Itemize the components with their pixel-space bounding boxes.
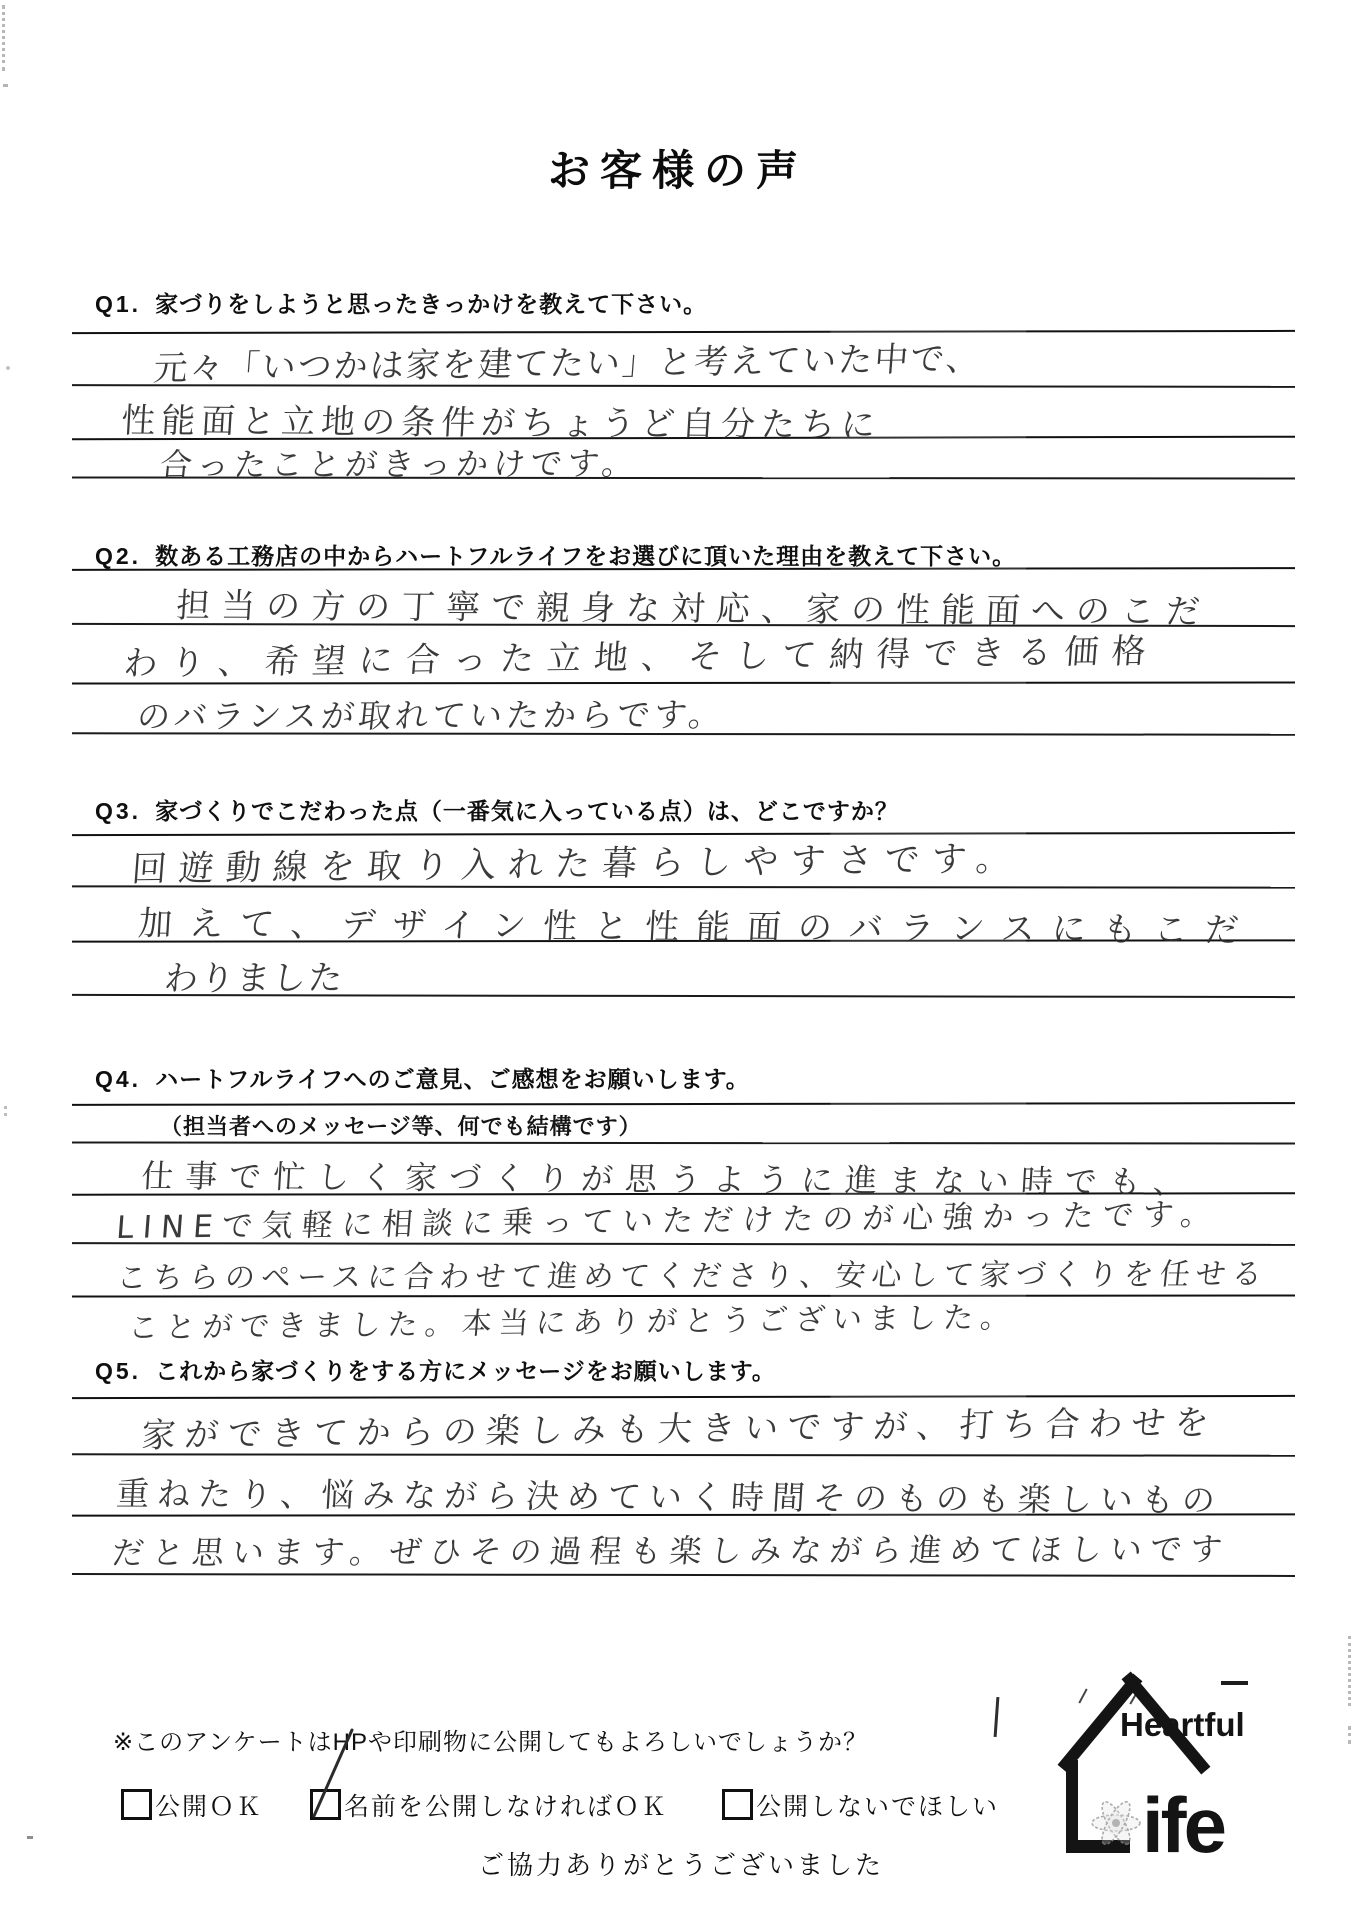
question-text: 数ある工務店の中からハートフルライフをお選びに頂いた理由を教えて下さい。 xyxy=(155,543,1016,569)
page-title: お客様の声 xyxy=(0,138,1356,198)
heartful-life-logo: Heartful ife xyxy=(1050,1660,1300,1875)
logo-word-heartful: Heartful xyxy=(1120,1706,1245,1743)
ruled-line xyxy=(72,330,1295,334)
question-heading-q3: Q3.家づくりでこだわった点（一番気に入っている点）は、どこですか？ xyxy=(95,793,899,826)
scan-artifact xyxy=(1348,1726,1351,1744)
ruled-line xyxy=(72,1102,1295,1106)
answer-line: だと思います。ぜひその過程も楽しみながら進めてほしいです xyxy=(110,1524,1233,1574)
checkbox-label-publish-anonymous: 名前を公開しなければＯＫ xyxy=(344,1787,668,1823)
scan-artifact xyxy=(1348,1636,1351,1706)
scanned-survey-page: お客様の声 Q1.家づりをしようと思ったきっかけを教えて下さい。 元々「いつかは… xyxy=(0,0,1356,1920)
answer-line: わり、希望に合った立地、そして納得できる価格 xyxy=(122,623,1161,685)
checkbox-no-publish xyxy=(722,1789,753,1820)
checkbox-publish-ok xyxy=(121,1789,152,1820)
scan-artifact xyxy=(2,5,5,71)
stray-pen-mark xyxy=(994,1697,1000,1737)
question-text: 家づくりでこだわった点（一番気に入っている点）は、どこですか？ xyxy=(155,798,899,824)
ruled-line xyxy=(72,1141,1295,1144)
ruled-line xyxy=(72,1573,1295,1577)
question-label: Q2. xyxy=(95,543,141,569)
question-label: Q4. xyxy=(95,1066,141,1092)
question-label: Q3. xyxy=(95,798,141,824)
thanks-note: ご協力ありがとうございました xyxy=(478,1845,884,1882)
question-heading-q2: Q2.数ある工務店の中からハートフルライフをお選びに頂いた理由を教えて下さい。 xyxy=(95,538,1016,571)
answer-line: 重ねたり、悩みながら決めていく時間そのものも楽しいもの xyxy=(115,1468,1224,1522)
question-heading-q1: Q1.家づりをしようと思ったきっかけを教えて下さい。 xyxy=(95,286,707,319)
answer-line: 合ったことがきっかけです。 xyxy=(158,438,641,486)
question-text: 家づりをしようと思ったきっかけを教えて下さい。 xyxy=(155,291,707,317)
question-heading-q4: Q4.ハートフルライフへのご意見、ご感想をお願いします。 xyxy=(95,1061,750,1094)
answer-line: ことができました。本当にありがとうございました。 xyxy=(127,1292,1019,1347)
scan-artifact xyxy=(3,84,8,87)
answer-line: 家ができてからの楽しみも大きいですが、打ち合わせを xyxy=(140,1395,1220,1457)
scan-artifact xyxy=(6,366,10,370)
question-heading-q5: Q5.これから家づくりをする方にメッセージをお願いします。 xyxy=(95,1353,776,1386)
scan-artifact xyxy=(27,1836,33,1839)
publish-question: ※このアンケートはHPや印刷物に公開してもよろしいでしょうか？ xyxy=(113,1722,868,1757)
answer-line: 回遊動線を取り入れた暮らしやすさです。 xyxy=(130,831,1025,892)
question-text: これから家づくりをする方にメッセージをお願いします。 xyxy=(155,1358,776,1384)
answer-line: わりました xyxy=(162,950,347,1000)
checkbox-label-publish-ok: 公開ＯＫ xyxy=(155,1787,263,1823)
question-label: Q1. xyxy=(95,291,141,317)
scan-artifact xyxy=(4,1106,11,1116)
answer-line: のバランスが取れていたからです。 xyxy=(135,689,728,738)
answer-line: 加えて、デザイン性と性能面のバランスにもこだ xyxy=(137,896,1257,952)
question-label: Q5. xyxy=(95,1358,141,1384)
answer-line: こちらのペースに合わせて進めてくださり、安心して家づくりを任せる xyxy=(115,1249,1270,1297)
checkbox-label-no-publish: 公開しないでほしい xyxy=(756,1787,999,1823)
question-note: （担当者へのメッセージ等、何でも結構です） xyxy=(160,1110,642,1141)
logo-word-life: ife xyxy=(1142,1781,1225,1869)
answer-line: 元々「いつかは家を建てたい」と考えていた中で、 xyxy=(152,331,984,390)
question-text: ハートフルライフへのご意見、ご感想をお願いします。 xyxy=(155,1066,750,1092)
